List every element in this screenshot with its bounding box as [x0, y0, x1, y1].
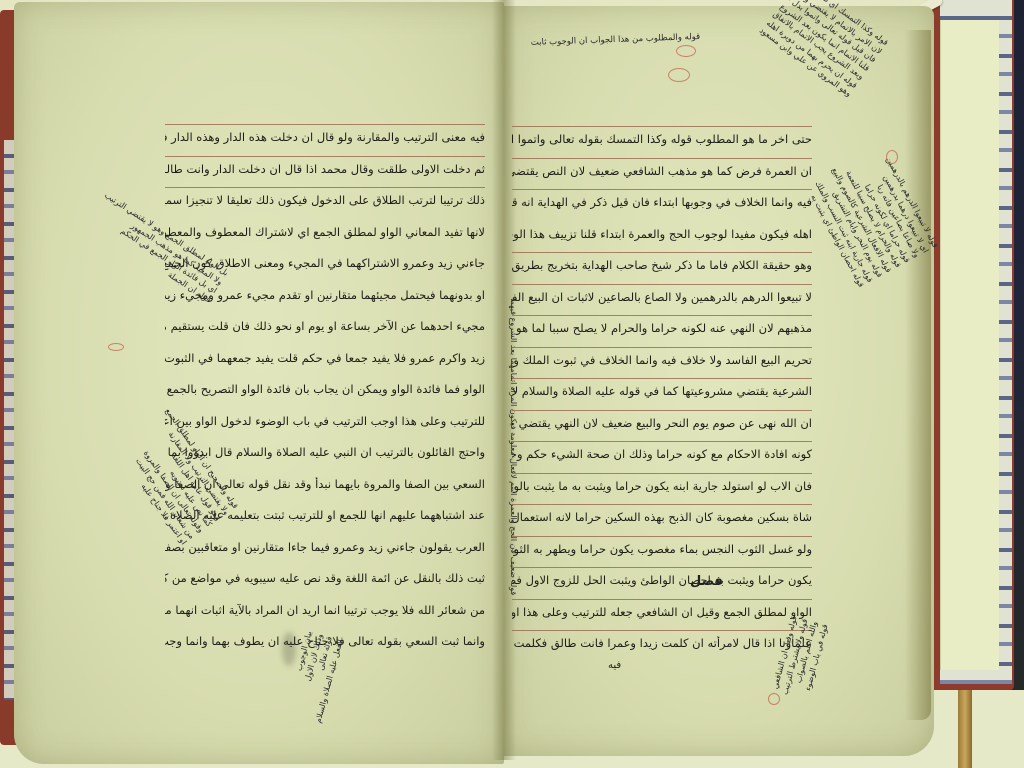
ruled-line	[512, 315, 812, 316]
ruled-line	[512, 473, 812, 474]
text-line: ذلك ترتيبا لترتب الطلاق على الدخول فيكون…	[165, 193, 485, 207]
ruled-line	[512, 347, 812, 348]
ruled-line	[512, 410, 812, 411]
text-line: لا تبيعوا الدرهم بالدرهمين ولا الصاع بال…	[512, 290, 812, 304]
ruled-line	[165, 187, 485, 188]
text-line: حتى اخر ما هو المطلوب قوله وكذا التمسك ب…	[512, 132, 812, 146]
ruled-line	[165, 124, 485, 125]
left-page-main-text: فيه معنى الترتيب والمقارنة ولو قال ان دخ…	[165, 120, 485, 656]
red-annotation-mark	[768, 693, 780, 705]
ruled-line	[512, 158, 812, 159]
ruled-line	[512, 189, 812, 190]
text-line: ولو غسل الثوب النجس بماء مغصوب يكون حرام…	[512, 542, 812, 556]
text-line: لانها تفيد المعاني الواو لمطلق الجمع اي …	[165, 225, 485, 239]
right-page-main-text: حتى اخر ما هو المطلوب قوله وكذا التمسك ب…	[512, 122, 812, 658]
ruled-line	[512, 504, 812, 505]
text-line: كونه افادة الاحكام مع كونه حراما وذلك ان…	[512, 447, 812, 461]
catchword: فيه	[608, 660, 621, 671]
ruled-line	[512, 441, 812, 442]
text-line: العرب يقولون جاءني زيد وعمرو فيما جاءا م…	[165, 540, 485, 554]
text-line: للترتيب وعلى هذا اوجب الترتيب في باب الو…	[165, 414, 485, 428]
text-line: فيه معنى الترتيب والمقارنة ولو قال ان دخ…	[165, 130, 485, 144]
text-line: يكون حراما ويثبت به احصان الواطئ ويثبت ا…	[512, 573, 812, 587]
ruled-line	[512, 599, 812, 600]
text-line: ان العمرة فرض كما هو مذهب الشافعي ضعيف ل…	[512, 164, 812, 178]
ruled-line	[512, 567, 812, 568]
red-annotation-mark	[668, 68, 690, 82]
text-line: الشرعية يقتضي مشروعيتها كما في قوله عليه…	[512, 384, 812, 398]
text-line: ثبت ذلك بالنقل عن ائمة اللغة وقد نص عليه…	[165, 571, 485, 585]
text-line: وهو حقيقة الكلام فاما ما ذكر شيخ صاحب ال…	[512, 258, 812, 272]
ruled-line	[512, 126, 812, 127]
text-line: شاة بسكين مغصوبة كان الذبح بهذه السكين ح…	[512, 510, 812, 524]
ruled-line	[512, 252, 812, 253]
text-line: مجيء احدهما عن الآخر بساعة او يوم او نحو…	[165, 319, 485, 333]
text-line: الواو لمطلق الجمع وقيل ان الشافعي جعله ل…	[512, 605, 812, 619]
text-line: واحتج القائلون بالترتيب ان النبي عليه ال…	[165, 445, 485, 459]
red-annotation-mark	[886, 150, 898, 164]
ruled-line	[512, 630, 812, 631]
text-line: من شعائر الله فلا يوجب ترتيبا انما اريد …	[165, 603, 485, 617]
text-line: مذهبهم لان النهي عنه لكونه حراما والحرام…	[512, 321, 812, 335]
rubric-heading: فصل	[690, 574, 723, 589]
text-line: علماؤنا اذا قال لامرأته ان كلمت زيدا وعم…	[512, 636, 812, 650]
ruled-line	[165, 156, 485, 157]
flyleaf-right	[940, 20, 999, 670]
text-line: ثم دخلت الاولى طلقت وقال محمد اذا قال ان…	[165, 162, 485, 176]
wooden-rod	[958, 685, 972, 768]
ruled-line	[512, 284, 812, 285]
text-line: فان الاب لو استولد جارية ابنه يكون حراما…	[512, 479, 812, 493]
ruled-line	[512, 536, 812, 537]
text-line: اهله فيكون مفيدا لوجوب الحج والعمرة ابتد…	[512, 227, 812, 241]
red-annotation-mark	[676, 45, 696, 57]
ruled-line	[512, 378, 812, 379]
text-line: الواو فما فائدة الواو ويمكن ان يجاب بان …	[165, 382, 485, 396]
fore-edge-shadow	[905, 30, 931, 720]
text-line: زيد واكرم عمرو فلا يفيد جمعا في حكم قلت …	[165, 351, 485, 365]
text-line: فيه وانما الخلاف في وجوبها ابتداء فان قي…	[512, 195, 812, 209]
text-line: تحريم البيع الفاسد ولا خلاف فيه وانما ال…	[512, 353, 812, 367]
red-annotation-mark	[108, 343, 124, 351]
text-line: ان الله نهى عن صوم يوم النحر والبيع ضعيف…	[512, 416, 812, 430]
